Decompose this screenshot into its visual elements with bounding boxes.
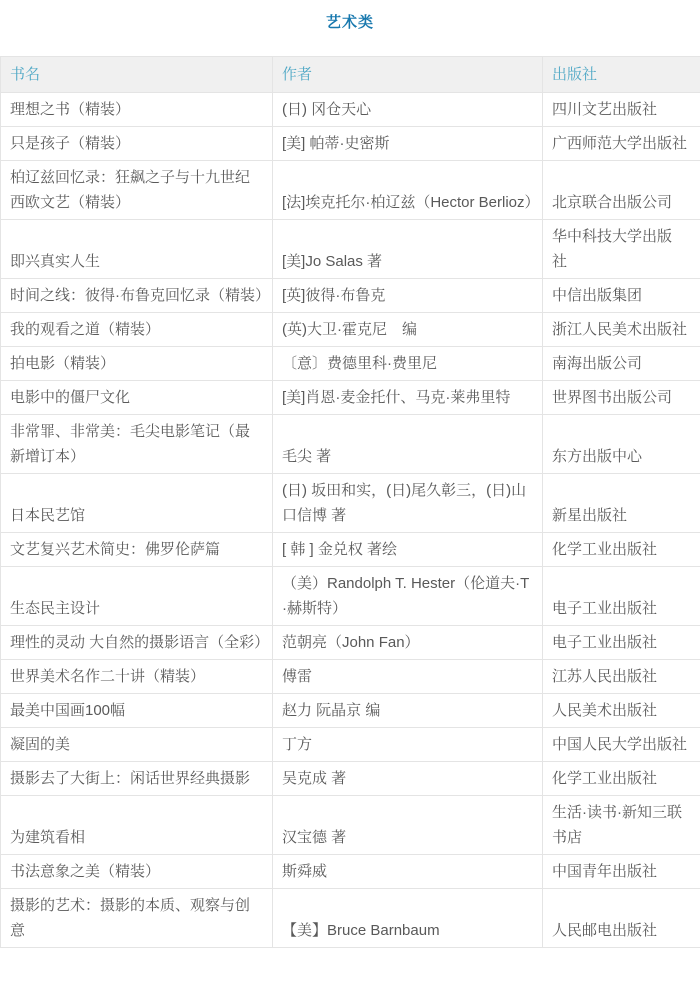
table-row: 非常罪、非常美：毛尖电影笔记（最新增订本）毛尖 著东方出版中心 bbox=[1, 415, 700, 474]
book-title-cell: 摄影的艺术：摄影的本质、观察与创意 bbox=[1, 889, 273, 948]
book-title-cell: 非常罪、非常美：毛尖电影笔记（最新增订本） bbox=[1, 415, 273, 474]
table-row: 只是孩子（精装）[美] 帕蒂·史密斯广西师范大学出版社 bbox=[1, 127, 700, 161]
author-cell: 毛尖 著 bbox=[273, 415, 543, 474]
book-title-cell: 世界美术名作二十讲（精装） bbox=[1, 660, 273, 694]
publisher-cell: 化学工业出版社 bbox=[543, 533, 700, 567]
column-header-book-title: 书名 bbox=[1, 57, 273, 93]
publisher-cell: 江苏人民出版社 bbox=[543, 660, 700, 694]
book-title-cell: 文艺复兴艺术简史：佛罗伦萨篇 bbox=[1, 533, 273, 567]
book-title-cell: 即兴真实人生 bbox=[1, 220, 273, 279]
author-cell: [美]Jo Salas 著 bbox=[273, 220, 543, 279]
table-row: 我的观看之道（精装）(英)大卫·霍克尼 编浙江人民美术出版社 bbox=[1, 313, 700, 347]
author-cell: (日) 冈仓天心 bbox=[273, 93, 543, 127]
table-row: 理性的灵动 大自然的摄影语言（全彩）范朝亮（John Fan）电子工业出版社 bbox=[1, 626, 700, 660]
book-title-cell: 理性的灵动 大自然的摄影语言（全彩） bbox=[1, 626, 273, 660]
publisher-cell: 中国青年出版社 bbox=[543, 855, 700, 889]
table-row: 拍电影（精装）〔意〕费德里科·费里尼南海出版公司 bbox=[1, 347, 700, 381]
table-row: 世界美术名作二十讲（精装）傅雷江苏人民出版社 bbox=[1, 660, 700, 694]
publisher-cell: 中国人民大学出版社 bbox=[543, 728, 700, 762]
table-row: 文艺复兴艺术简史：佛罗伦萨篇[ 韩 ] 金兑权 著绘化学工业出版社 bbox=[1, 533, 700, 567]
book-title-cell: 最美中国画100幅 bbox=[1, 694, 273, 728]
publisher-cell: 电子工业出版社 bbox=[543, 567, 700, 626]
publisher-cell: 中信出版集团 bbox=[543, 279, 700, 313]
book-table-body: 理想之书（精装）(日) 冈仓天心四川文艺出版社只是孩子（精装）[美] 帕蒂·史密… bbox=[1, 93, 700, 948]
publisher-cell: 华中科技大学出版 社 bbox=[543, 220, 700, 279]
book-title-cell: 理想之书（精装） bbox=[1, 93, 273, 127]
publisher-cell: 广西师范大学出版社 bbox=[543, 127, 700, 161]
table-header-row: 书名 作者 出版社 bbox=[1, 57, 700, 93]
author-cell: 丁方 bbox=[273, 728, 543, 762]
column-header-author: 作者 bbox=[273, 57, 543, 93]
book-title-cell: 只是孩子（精装） bbox=[1, 127, 273, 161]
publisher-cell: 世界图书出版公司 bbox=[543, 381, 700, 415]
author-cell: [英]彼得·布鲁克 bbox=[273, 279, 543, 313]
table-row: 电影中的僵尸文化[美]肖恩·麦金托什、马克·莱弗里特世界图书出版公司 bbox=[1, 381, 700, 415]
book-title-cell: 拍电影（精装） bbox=[1, 347, 273, 381]
publisher-cell: 北京联合出版公司 bbox=[543, 161, 700, 220]
table-row: 摄影去了大街上：闲话世界经典摄影吴克成 著化学工业出版社 bbox=[1, 762, 700, 796]
table-row: 生态民主设计（美）Randolph T. Hester（伦道夫·T·赫斯特）电子… bbox=[1, 567, 700, 626]
table-row: 时间之线：彼得·布鲁克回忆录（精装）[英]彼得·布鲁克中信出版集团 bbox=[1, 279, 700, 313]
author-cell: [法]埃克托尔·柏辽兹（Hector Berlioz） bbox=[273, 161, 543, 220]
author-cell: (日) 坂田和实，(日)尾久彰三，(日)山口信博 著 bbox=[273, 474, 543, 533]
book-title-cell: 书法意象之美（精装） bbox=[1, 855, 273, 889]
author-cell: 傅雷 bbox=[273, 660, 543, 694]
book-title-cell: 日本民艺馆 bbox=[1, 474, 273, 533]
author-cell: 赵力 阮晶京 编 bbox=[273, 694, 543, 728]
publisher-cell: 浙江人民美术出版社 bbox=[543, 313, 700, 347]
publisher-cell: 东方出版中心 bbox=[543, 415, 700, 474]
author-cell: [美] 帕蒂·史密斯 bbox=[273, 127, 543, 161]
author-cell: (英)大卫·霍克尼 编 bbox=[273, 313, 543, 347]
book-title-cell: 柏辽兹回忆录：狂飙之子与十九世纪西欧文艺（精装） bbox=[1, 161, 273, 220]
publisher-cell: 南海出版公司 bbox=[543, 347, 700, 381]
table-row: 摄影的艺术：摄影的本质、观察与创意【美】Bruce Barnbaum人民邮电出版… bbox=[1, 889, 700, 948]
table-row: 即兴真实人生[美]Jo Salas 著华中科技大学出版 社 bbox=[1, 220, 700, 279]
author-cell: （美）Randolph T. Hester（伦道夫·T·赫斯特） bbox=[273, 567, 543, 626]
author-cell: 〔意〕费德里科·费里尼 bbox=[273, 347, 543, 381]
author-cell: 【美】Bruce Barnbaum bbox=[273, 889, 543, 948]
book-title-cell: 我的观看之道（精装） bbox=[1, 313, 273, 347]
author-cell: 吴克成 著 bbox=[273, 762, 543, 796]
books-table: 书名 作者 出版社 理想之书（精装）(日) 冈仓天心四川文艺出版社只是孩子（精装… bbox=[0, 56, 700, 948]
table-row: 为建筑看相汉宝德 著生活·读书·新知三联书店 bbox=[1, 796, 700, 855]
table-row: 理想之书（精装）(日) 冈仓天心四川文艺出版社 bbox=[1, 93, 700, 127]
book-title-cell: 为建筑看相 bbox=[1, 796, 273, 855]
page-title: 艺术类 bbox=[0, 0, 700, 56]
publisher-cell: 人民美术出版社 bbox=[543, 694, 700, 728]
author-cell: 范朝亮（John Fan） bbox=[273, 626, 543, 660]
book-title-cell: 凝固的美 bbox=[1, 728, 273, 762]
author-cell: [美]肖恩·麦金托什、马克·莱弗里特 bbox=[273, 381, 543, 415]
book-title-cell: 生态民主设计 bbox=[1, 567, 273, 626]
publisher-cell: 新星出版社 bbox=[543, 474, 700, 533]
table-row: 日本民艺馆(日) 坂田和实，(日)尾久彰三，(日)山口信博 著新星出版社 bbox=[1, 474, 700, 533]
table-row: 柏辽兹回忆录：狂飙之子与十九世纪西欧文艺（精装）[法]埃克托尔·柏辽兹（Hect… bbox=[1, 161, 700, 220]
publisher-cell: 人民邮电出版社 bbox=[543, 889, 700, 948]
author-cell: [ 韩 ] 金兑权 著绘 bbox=[273, 533, 543, 567]
publisher-cell: 四川文艺出版社 bbox=[543, 93, 700, 127]
publisher-cell: 电子工业出版社 bbox=[543, 626, 700, 660]
publisher-cell: 化学工业出版社 bbox=[543, 762, 700, 796]
book-title-cell: 时间之线：彼得·布鲁克回忆录（精装） bbox=[1, 279, 273, 313]
table-row: 最美中国画100幅赵力 阮晶京 编人民美术出版社 bbox=[1, 694, 700, 728]
author-cell: 汉宝德 著 bbox=[273, 796, 543, 855]
table-row: 书法意象之美（精装）斯舜威中国青年出版社 bbox=[1, 855, 700, 889]
book-title-cell: 电影中的僵尸文化 bbox=[1, 381, 273, 415]
publisher-cell: 生活·读书·新知三联书店 bbox=[543, 796, 700, 855]
book-title-cell: 摄影去了大街上：闲话世界经典摄影 bbox=[1, 762, 273, 796]
author-cell: 斯舜威 bbox=[273, 855, 543, 889]
table-row: 凝固的美丁方中国人民大学出版社 bbox=[1, 728, 700, 762]
column-header-publisher: 出版社 bbox=[543, 57, 700, 93]
